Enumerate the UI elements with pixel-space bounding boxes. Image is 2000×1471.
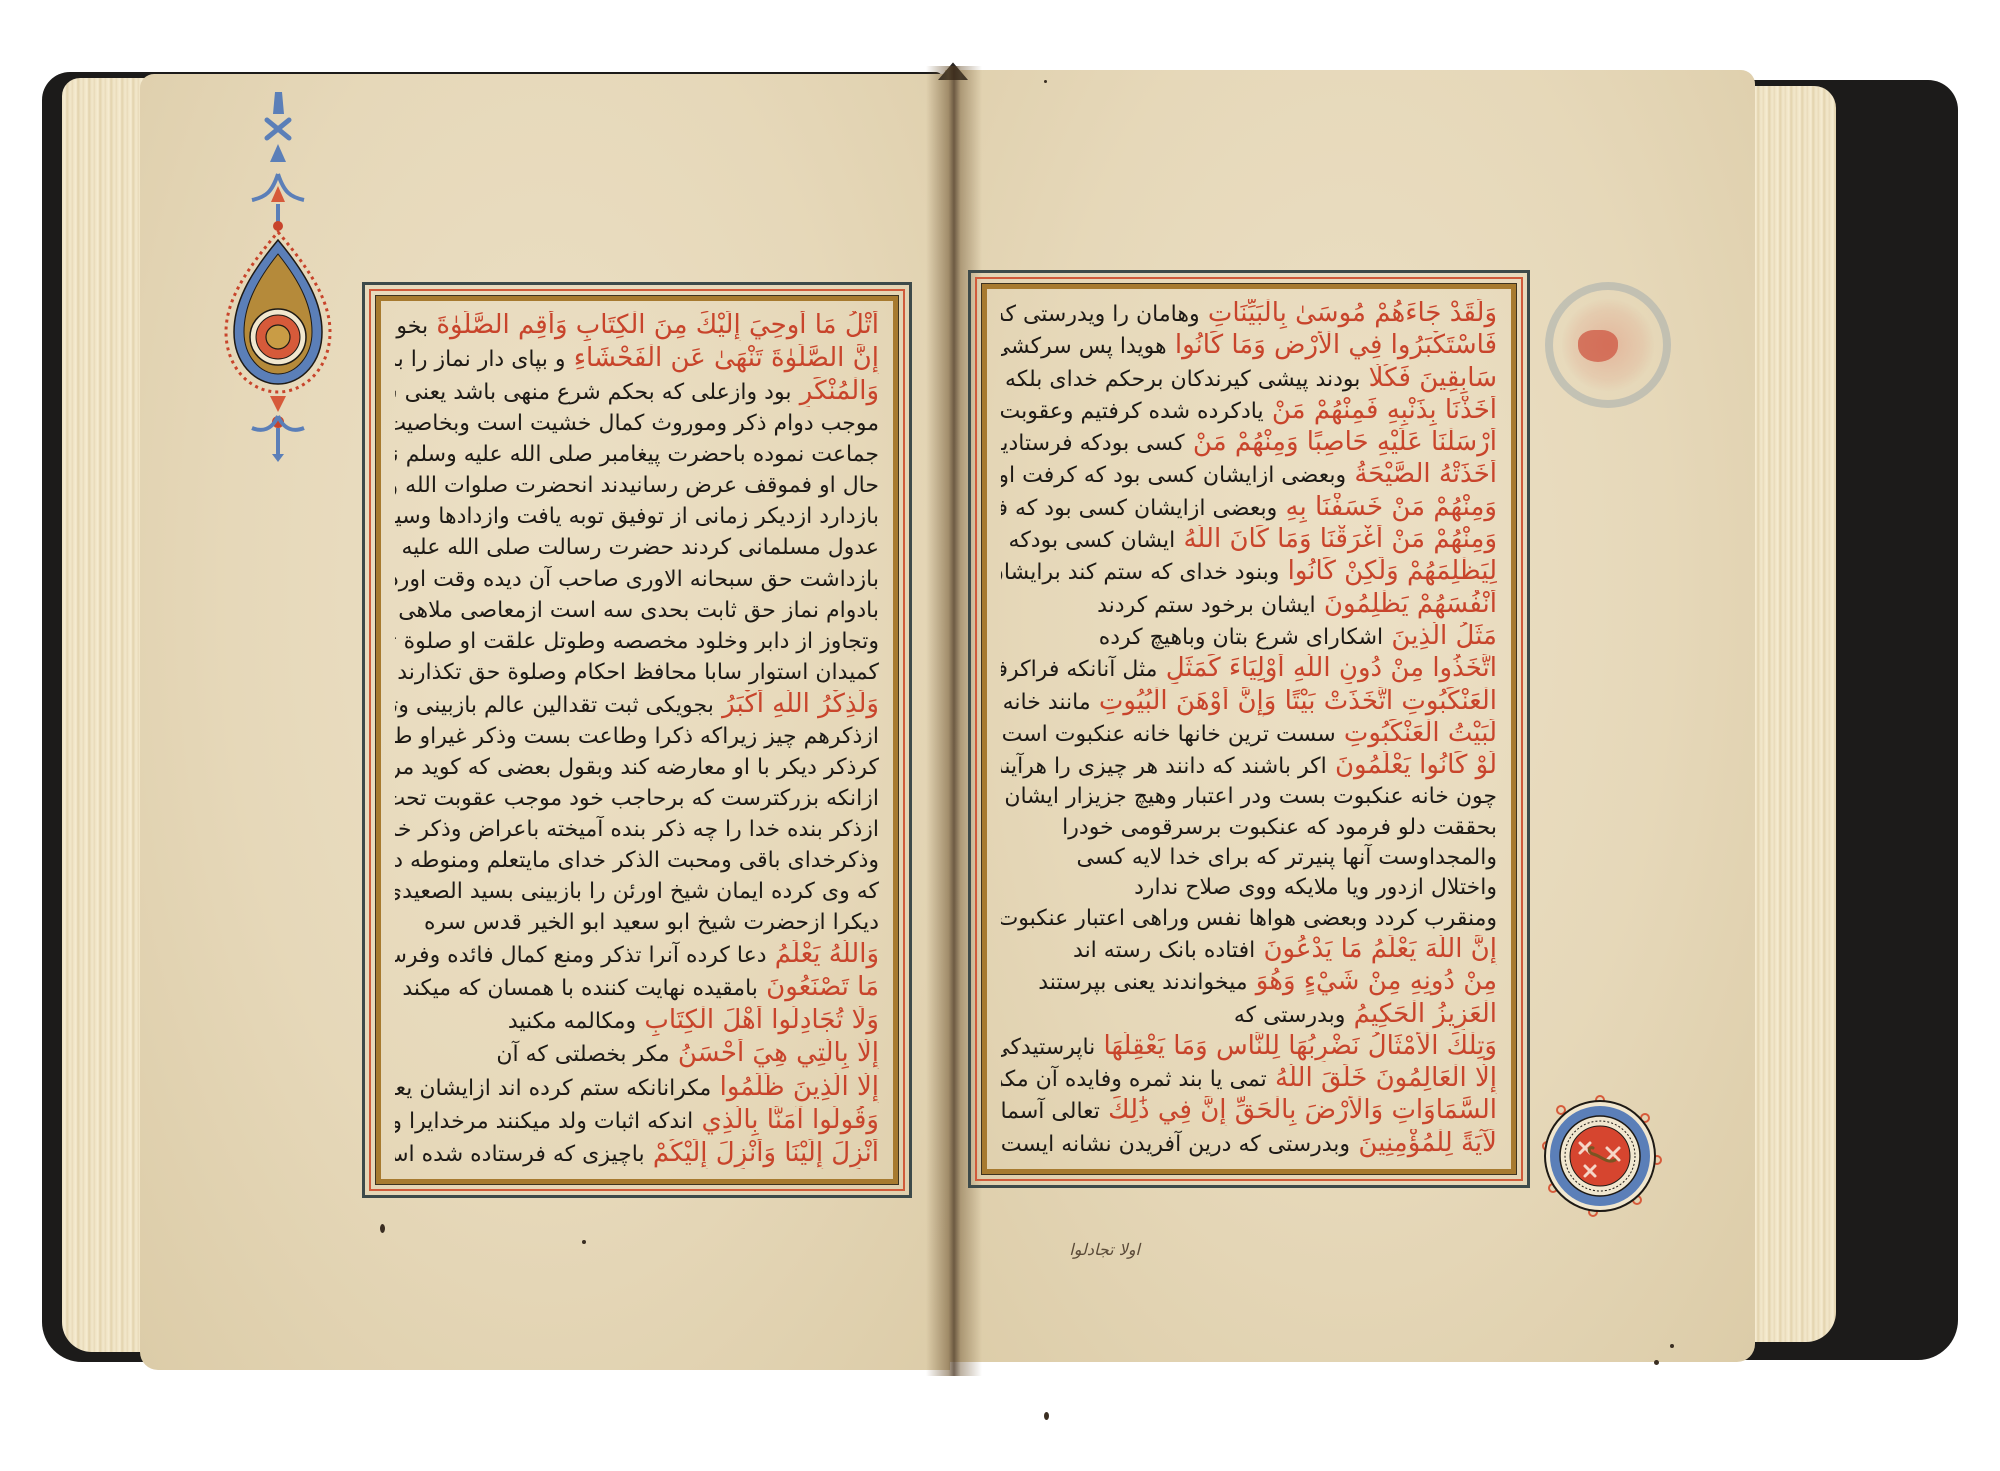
manuscript-text-line: أُنْزِلَ إِلَيْنَا وَأُنْزِلَ إِلَيْكُمْ…	[395, 1139, 879, 1169]
commentary-text: ایشان کسی بودکه غرق ساختیم چون قوم نوح و…	[1001, 528, 1175, 553]
manuscript-text-line: ازذکر بنده خدا را چه ذکر بنده آمیخته باع…	[395, 816, 879, 844]
red-stain-core	[1578, 330, 1618, 362]
commentary-text: میخواندند یعنی بپرستند	[1038, 970, 1247, 995]
rubricated-quran-text: وَلَذِكْرُ اللَّهِ أَكْبَرُ	[714, 690, 879, 719]
manuscript-text-line: اتَّخَذُوا مِنْ دُونِ اللَّهِ أَوْلِيَاء…	[1001, 654, 1497, 684]
rubricated-quran-text: مَثَلُ الَّذِينَ	[1383, 622, 1497, 651]
commentary-text: وبعضی ازایشان کسی بود که کرفت اورا عذاب …	[1001, 463, 1346, 488]
commentary-text: دیکرا ازحضرت شیخ ابو سعید ابو الخیر قدس …	[424, 910, 879, 935]
commentary-text: بود وازعلی که بحکم شرع منهی باشد یعنی سب…	[395, 380, 791, 405]
rubricated-quran-text: وَتِلْكَ الْأَمْثَالُ نَضْرِبُهَا لِلنَّ…	[1095, 1032, 1497, 1061]
rubricated-quran-text: لَآيَةً لِلْمُؤْمِنِينَ	[1350, 1129, 1497, 1158]
commentary-text: عدول مسلمانی کردند حضرت رسالت صلی الله ع…	[395, 535, 879, 560]
rubricated-quran-text: سَابِقِينَ فَكُلًّا	[1360, 364, 1497, 393]
commentary-text: وبنود خدای که ستم کند برایشان بعقوبت کنا…	[1001, 560, 1279, 585]
manuscript-text-line: السَّمَاوَاتِ وَالْأَرْضَ بِالْحَقِّ إِن…	[1001, 1096, 1497, 1126]
commentary-text: ایشان برخود ستم کردند	[1097, 593, 1316, 618]
left-text-block-frame: أُتْلُ مَا أُوحِيَ إِلَيْكَ مِنَ الْكِتَ…	[362, 282, 912, 1198]
commentary-text: والمجداوست آنها پنیرتر که برای خدا لایه …	[1076, 845, 1497, 870]
manuscript-text-line: أَخَذْنَا بِذَنْبِهِ فَمِنْهُمْ مَنْ یاد…	[1001, 396, 1497, 426]
manuscript-text-line: أُتْلُ مَا أُوحِيَ إِلَيْكَ مِنَ الْكِتَ…	[395, 311, 879, 341]
rubricated-quran-text: أَخَذَتْهُ الصَّيْحَةُ	[1346, 460, 1497, 489]
commentary-text: چون خانه عنکبوت بست ودر اعتبار وهیچ جزیز…	[1001, 784, 1497, 809]
manuscript-text-line: لِيَظْلِمَهُمْ وَلَٰكِنْ كَانُوا وبنود خ…	[1001, 557, 1497, 587]
manuscript-text-line: وذکرخدای باقی ومحبت الذکر خدای مایتعلم و…	[395, 847, 879, 875]
manuscript-text-line: مِنْ دُونِهِ مِنْ شَيْءٍ وَهُوَ میخواندن…	[1001, 967, 1497, 997]
commentary-text: حال او فموقف عرض رسانیدند انحضرت صلوات ا…	[395, 473, 879, 498]
commentary-text: تعالی آسمانها وزمین را برای اظهار حق نه …	[1001, 1099, 1100, 1124]
manuscript-text-line: فَاسْتَكْبَرُوا فِي الْأَرْضِ وَمَا كَان…	[1001, 331, 1497, 361]
manuscript-text-line: کمیدان استوار سابا محافظ احکام وصلوة حق …	[395, 659, 879, 687]
manuscript-text-line: ازانکه بزرکترست که برحاجب خود موجب عقوبت…	[395, 785, 879, 813]
manuscript-text-line: مَثَلُ الَّذِينَ اشکارای شرع بتان وباهیچ…	[1001, 622, 1497, 652]
rubricated-quran-text: إِنَّ اللَّهَ يَعْلَمُ مَا يَدْعُونَ	[1255, 935, 1497, 964]
commentary-text: اکر باشند که دانند هر چیزی را هرآینه بدا…	[1001, 754, 1327, 779]
manuscript-text-line: وَلَذِكْرُ اللَّهِ أَكْبَرُ بجویکی ثبت ت…	[395, 690, 879, 720]
verse-marker-medallion	[1535, 1088, 1665, 1222]
rubricated-quran-text: إِلَّا الْعَالِمُونَ خَلَقَ اللَّهُ	[1267, 1064, 1497, 1093]
manuscript-text-line: أَخَذَتْهُ الصَّيْحَةُ وبعضی ازایشان کسی…	[1001, 460, 1497, 490]
rubricated-quran-text: أَخَذْنَا بِذَنْبِهِ فَمِنْهُمْ مَنْ	[1264, 396, 1497, 425]
manuscript-text-line: أَنْفُسَهُمْ يَظْلِمُونَ ایشان برخود ستم…	[1001, 590, 1497, 620]
commentary-text: موجب دوام ذکر وموروث کمال خشیت است وبخاص…	[395, 411, 879, 436]
manuscript-text-line: سَابِقِينَ فَكُلًّا بودند پیشی کیرندکان …	[1001, 364, 1497, 394]
commentary-text: و بپای دار نماز را بدرستی که نماز باز می…	[395, 347, 566, 372]
rubricated-quran-text: السَّمَاوَاتِ وَالْأَرْضَ بِالْحَقِّ إِن…	[1100, 1096, 1497, 1125]
rubricated-quran-text: وَاللَّهُ يَعْلَمُ	[767, 940, 879, 969]
manuscript-text-line: بازداشت حق سبحانه الاوری صاحب آن دیده وق…	[395, 566, 879, 594]
manuscript-text-line: موجب دوام ذکر وموروث کمال خشیت است وبخاص…	[395, 410, 879, 438]
rubricated-quran-text: الْعَزِيزُ الْحَكِيمُ	[1345, 1000, 1497, 1029]
catchword: اولا تجادلوا	[1060, 1240, 1140, 1270]
commentary-text: واختلال ازدور ویا ملایکه ووی صلاح ندارد	[1134, 875, 1497, 900]
rubricated-quran-text: لِيَظْلِمَهُمْ وَلَٰكِنْ كَانُوا	[1279, 557, 1497, 586]
rubricated-quran-text: وَلَقَدْ جَاءَهُمْ مُوسَىٰ بِالْبَيِّنَا…	[1200, 299, 1497, 328]
manuscript-text-line: جماعت نموده باحضرت پیغامبر صلی الله علیه…	[395, 441, 879, 469]
manuscript-text-line: عدول مسلمانی کردند حضرت رسالت صلی الله ع…	[395, 534, 879, 562]
manuscript-text-line: إِلَّا الَّذِينَ ظَلَمُوا مکرانانکه ستم …	[395, 1073, 879, 1103]
commentary-text: وبدرستی که	[1234, 1003, 1346, 1028]
manuscript-text-line: إِنَّ الصَّلَوٰةَ تَنْهَىٰ عَنِ الْفَحْش…	[395, 344, 879, 374]
rubricated-quran-text: مِنْ دُونِهِ مِنْ شَيْءٍ وَهُوَ	[1248, 967, 1497, 996]
commentary-text: ازانکه بزرکترست که برحاجب خود موجب عقوبت…	[395, 786, 879, 811]
manuscript-text-line: لَوْ كَانُوا يَعْلَمُونَ اکر باشند که دا…	[1001, 751, 1497, 781]
paper-speck	[582, 1240, 586, 1244]
manuscript-text-line: إِنَّ اللَّهَ يَعْلَمُ مَا يَدْعُونَ افت…	[1001, 935, 1497, 965]
rubricated-quran-text: مَا تَصْنَعُونَ	[758, 973, 879, 1002]
commentary-text: که وی کرده ایمان شیخ اورئن را بازبینی بس…	[395, 879, 879, 904]
manuscript-text-line: بادوام نماز حق ثابت بحدی سه است ازمعاصی …	[395, 597, 879, 625]
manuscript-text-line: والمجداوست آنها پنیرتر که برای خدا لایه …	[1001, 844, 1497, 872]
paper-speck	[1654, 1360, 1659, 1365]
rubricated-quran-text: وَالْمُنْكَرِ	[791, 377, 879, 406]
manuscript-text-line: أَرْسَلْنَا عَلَيْهِ حَاصِبًا وَمِنْهُمْ…	[1001, 428, 1497, 458]
manuscript-text-line: وَمِنْهُمْ مَنْ خَسَفْنَا بِهِ وبعضی ازا…	[1001, 493, 1497, 523]
manuscript-text-line: وَالْمُنْكَرِ بود وازعلی که بحکم شرع منه…	[395, 377, 879, 407]
rubricated-quran-text: أَرْسَلْنَا عَلَيْهِ حَاصِبًا وَمِنْهُمْ…	[1185, 428, 1497, 457]
commentary-text: ناپرستیدکی وتلک آن مثلها میزنیم آنها برا…	[1001, 1035, 1095, 1060]
rubricated-quran-text: أَنْفُسَهُمْ يَظْلِمُونَ	[1316, 590, 1497, 619]
commentary-text: کسی بودکه فرستادیم بروبادی سخت که درو سن…	[1001, 431, 1185, 456]
manuscript-text-line: چون خانه عنکبوت بست ودر اعتبار وهیچ جزیز…	[1001, 783, 1497, 811]
commentary-text: افتاده بانک رسته اند	[1073, 938, 1255, 963]
commentary-text: بازدارد ازدیکر زمانی از توفیق توبه یافت …	[395, 504, 879, 529]
rubricated-quran-text: اتَّخَذُوا مِنْ دُونِ اللَّهِ أَوْلِيَاء…	[1157, 654, 1497, 683]
commentary-text: سست ترین خانها خانه عنکبوت است که نه سقف…	[1001, 722, 1336, 747]
commentary-text: بخوان انكه وحی کرده میشود بتو ازقرآن	[395, 314, 428, 339]
commentary-text: مکرانانکه ستم کرده اند ازایشان یعنی عهد …	[395, 1076, 711, 1101]
commentary-text: بادوام نماز حق ثابت بحدی سه است ازمعاصی …	[395, 598, 879, 623]
manuscript-text-line: دیکرا ازحضرت شیخ ابو سعید ابو الخیر قدس …	[395, 909, 879, 937]
manuscript-text-line: ازذکرهم چیز زیراکه ذکرا وطاعت بست وذکر غ…	[395, 723, 879, 751]
commentary-text: مثل آنانکه فراکرفتند بجز خدای دوستان یعن…	[1001, 657, 1157, 682]
commentary-text: اندکه اثبات ولد میکنند مرخدایرا وبکوئید …	[395, 1109, 693, 1134]
manuscript-text-line: حال او فموقف عرض رسانیدند انحضرت صلوات ا…	[395, 472, 879, 500]
ain-medallion-icon	[1535, 1088, 1665, 1218]
manuscript-text-line: وتجاوز از دابر وخلود مخصصه وطوتل علقت او…	[395, 628, 879, 656]
manuscript-text-line: که وی کرده ایمان شیخ اورئن را بازبینی بس…	[395, 878, 879, 906]
commentary-text: وبعضی ازایشان کسی بود که فرو بردیم اورا …	[1001, 496, 1277, 521]
commentary-text: ازذکر بنده خدا را چه ذکر بنده آمیخته باع…	[395, 817, 879, 842]
manuscript-text-line: بازدارد ازدیکر زمانی از توفیق توبه یافت …	[395, 503, 879, 531]
paper-speck	[380, 1224, 385, 1233]
manuscript-text-line: مَا تَصْنَعُونَ بامقیده نهایت کننده با ه…	[395, 973, 879, 1003]
rubricated-quran-text: أُتْلُ مَا أُوحِيَ إِلَيْكَ مِنَ الْكِتَ…	[428, 311, 879, 340]
commentary-text: بودند پیشی کیرندکان برحکم خدای بلکه حکم …	[1001, 367, 1360, 392]
commentary-text: ازذکرهم چیز زیراکه ذکرا وطاعت بست وذکر غ…	[395, 724, 879, 749]
commentary-text: اشکارای شرع بتان وباهیچ کرده	[1099, 625, 1383, 650]
paper-speck	[1670, 1344, 1674, 1348]
commentary-text: کمیدان استوار سابا محافظ احکام وصلوة حق …	[395, 660, 879, 685]
paper-speck	[1044, 80, 1047, 83]
commentary-text: وتجاوز از دابر وخلود مخصصه وطوتل علقت او…	[395, 629, 879, 654]
commentary-text: کرذکر دیکر با او معارضه کند وبقول بعضی ک…	[395, 755, 879, 780]
manuscript-text-line: لَبَيْتُ الْعَنْكَبُوتِ سست ترین خانها خ…	[1001, 719, 1497, 749]
manuscript-text-line: بحققت دلو فرمود که عنکبوت برسرقومی خودرا	[1001, 814, 1497, 842]
manuscript-text-line: إِلَّا الْعَالِمُونَ خَلَقَ اللَّهُ تمی …	[1001, 1064, 1497, 1094]
commentary-text: ومنقرب کردد وبعضی هواها نفس وراهی اعتبار…	[1001, 906, 1497, 931]
manuscript-text-line: وَلَقَدْ جَاءَهُمْ مُوسَىٰ بِالْبَيِّنَا…	[1001, 299, 1497, 329]
rubricated-quran-text: لَوْ كَانُوا يَعْلَمُونَ	[1327, 751, 1497, 780]
commentary-text: بامقیده نهایت کننده با همسان که میکند	[402, 976, 758, 1001]
manuscript-text-line: وَقُولُوا آمَنَّا بِالَّذِي اندکه اثبات …	[395, 1106, 879, 1136]
marginal-medallion-ornament	[222, 82, 332, 462]
paper-speck	[1044, 1412, 1049, 1420]
rubricated-quran-text: الْعَنْكَبُوتِ اتَّخَذَتْ بَيْتًا وَإِنَ…	[1091, 687, 1497, 716]
rubricated-quran-text: وَمِنْهُمْ مَنْ خَسَفْنَا بِهِ	[1277, 493, 1497, 522]
manuscript-text-line: واختلال ازدور ویا ملایکه ووی صلاح ندارد	[1001, 874, 1497, 902]
commentary-text: یادکرده شده کرفتیم وعقوبت کردیم بکناه ای…	[1001, 399, 1264, 424]
commentary-text: جماعت نموده باحضرت پیغامبر صلی الله علیه…	[395, 442, 879, 467]
manuscript-text-line: وَتِلْكَ الْأَمْثَالُ نَضْرِبُهَا لِلنَّ…	[1001, 1032, 1497, 1062]
commentary-text: ومکالمه مکنید	[508, 1009, 636, 1034]
rubricated-quran-text: إِنَّ الصَّلَوٰةَ تَنْهَىٰ عَنِ الْفَحْش…	[566, 344, 879, 373]
manuscript-text-line: ومنقرب کردد وبعضی هواها نفس وراهی اعتبار…	[1001, 905, 1497, 933]
manuscript-text-line: الْعَنْكَبُوتِ اتَّخَذَتْ بَيْتًا وَإِنَ…	[1001, 687, 1497, 717]
commentary-text: تمی یا بند ثمره وفایده آن مکر دانایان که…	[1001, 1067, 1267, 1092]
rubricated-quran-text: أُنْزِلَ إِلَيْنَا وَأُنْزِلَ إِلَيْكُمْ	[645, 1139, 879, 1168]
commentary-text: وبدرستی که درین آفریدن نشانه ایست روشن ی…	[1001, 1132, 1350, 1157]
rubricated-quran-text: وَمِنْهُمْ مَنْ أَغْرَقْنَا وَمَا كَانَ …	[1175, 525, 1497, 554]
manuscript-text-line: کرذکر دیکر با او معارضه کند وبقول بعضی ک…	[395, 754, 879, 782]
manuscript-text-line: إِلَّا بِالَّتِي هِيَ أَحْسَنُ مکر بخصلت…	[395, 1039, 879, 1069]
commentary-text: هویدا پس سرکشی کردند درزمین مصر وتعظیم و…	[1001, 334, 1167, 359]
rubricated-quran-text: وَلَا تُجَادِلُوا أَهْلَ الْكِتَابِ	[636, 1006, 879, 1035]
manuscript-text-line: الْعَزِيزُ الْحَكِيمُ وبدرستی که	[1001, 1000, 1497, 1030]
commentary-text: باچیزی که فرستاده شده است بسوی ما یعنی ق…	[395, 1142, 645, 1167]
commentary-text: دعا کرده آنرا تذکر ومنع کمال فائده وفرست…	[395, 943, 767, 968]
manuscript-text-line: وَاللَّهُ يَعْلَمُ دعا کرده آنرا تذکر وم…	[395, 940, 879, 970]
commentary-text: وهامان را ویدرستی که آمد بدیشان موسی علی…	[1001, 302, 1200, 327]
rubricated-quran-text: لَبَيْتُ الْعَنْكَبُوتِ	[1336, 719, 1497, 748]
rubricated-quran-text: إِلَّا بِالَّتِي هِيَ أَحْسَنُ	[670, 1039, 879, 1068]
rubricated-quran-text: إِلَّا الَّذِينَ ظَلَمُوا	[711, 1073, 879, 1102]
teardrop-medallion-icon	[222, 82, 332, 462]
commentary-text: بحققت دلو فرمود که عنکبوت برسرقومی خودرا	[1062, 815, 1497, 840]
right-text-block: وَلَقَدْ جَاءَهُمْ مُوسَىٰ بِالْبَيِّنَا…	[982, 284, 1516, 1174]
manuscript-text-line: وَمِنْهُمْ مَنْ أَغْرَقْنَا وَمَا كَانَ …	[1001, 525, 1497, 555]
commentary-text: بجویکی ثبت تقدالین عالم بازبینی وتبعا لی…	[395, 693, 714, 718]
right-text-block-frame: وَلَقَدْ جَاءَهُمْ مُوسَىٰ بِالْبَيِّنَا…	[968, 270, 1530, 1188]
commentary-text: وذکرخدای باقی ومحبت الذکر خدای مایتعلم و…	[395, 848, 879, 873]
manuscript-text-line: وَلَا تُجَادِلُوا أَهْلَ الْكِتَابِ ومکا…	[395, 1006, 879, 1036]
commentary-text: بازداشت حق سبحانه الاوری صاحب آن دیده وق…	[395, 567, 879, 592]
rubricated-quran-text: فَاسْتَكْبَرُوا فِي الْأَرْضِ وَمَا كَان…	[1167, 331, 1497, 360]
manuscript-text-line: لَآيَةً لِلْمُؤْمِنِينَ وبدرستی که درین …	[1001, 1129, 1497, 1159]
commentary-text: مانند خانه عنکبوت که برای خود فراکیرد خا…	[1001, 690, 1091, 715]
commentary-text: مکر بخصلتی که آن	[496, 1042, 669, 1067]
rubricated-quran-text: وَقُولُوا آمَنَّا بِالَّذِي	[693, 1106, 879, 1135]
left-text-block: أُتْلُ مَا أُوحِيَ إِلَيْكَ مِنَ الْكِتَ…	[376, 296, 898, 1184]
